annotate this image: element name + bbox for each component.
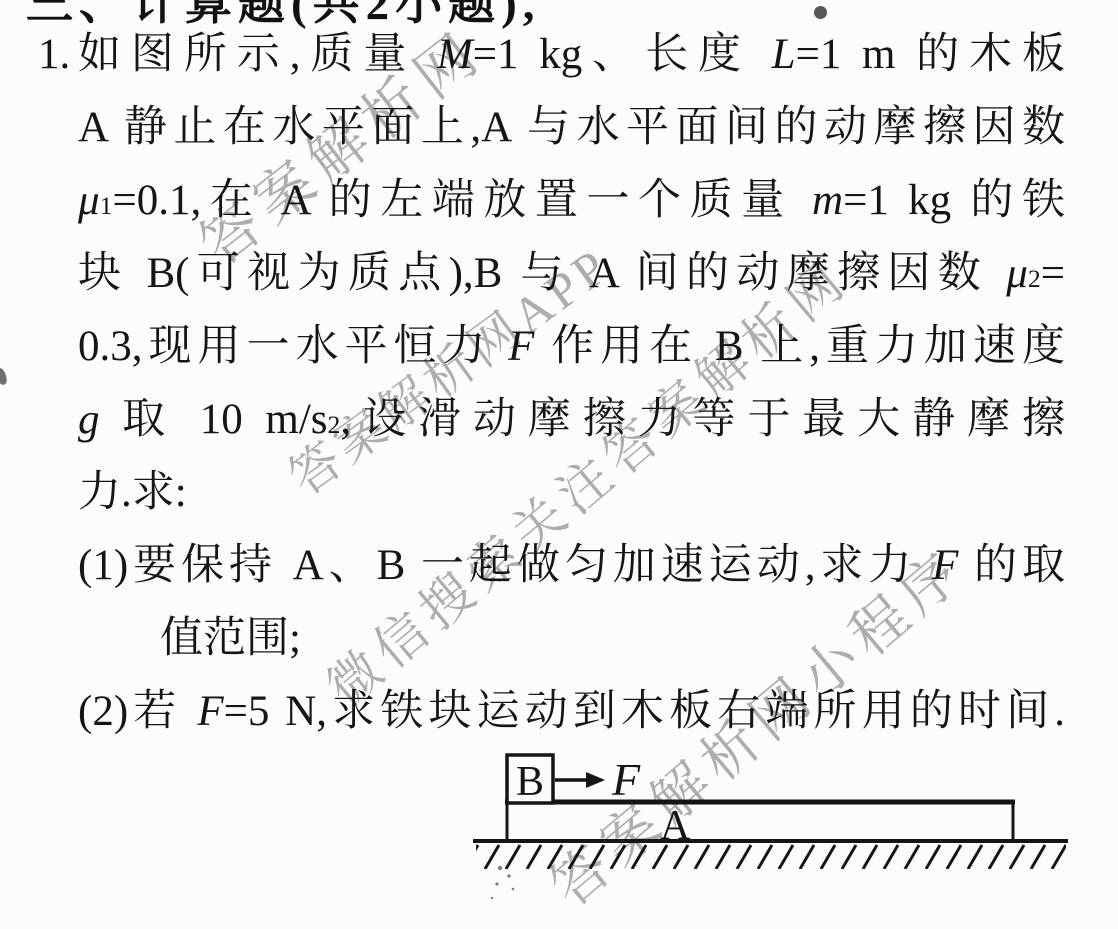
scan-speck-artifact bbox=[0, 367, 8, 386]
scan-dot-artifact bbox=[814, 6, 827, 19]
text-line: μ1=0.1,在 A 的左端放置一个质量 m=1 kg 的铁 bbox=[78, 164, 1065, 237]
text-line-subquestion-2: (2)若 F=5 N,求铁块运动到木板右端所用的时间. bbox=[78, 675, 1065, 748]
block-b-label: B bbox=[516, 759, 544, 805]
text-line: 力.求: bbox=[78, 456, 1065, 529]
block-b: B bbox=[507, 755, 553, 805]
scan-speck-cluster bbox=[491, 866, 515, 899]
text-line: 块 B(可视为质点),B 与 A 间的动摩擦因数 μ2= bbox=[78, 237, 1065, 310]
text-line: g 取 10 m/s2,设滑动摩擦力等于最大静摩擦 bbox=[78, 383, 1065, 456]
text-line: 0.3,现用一水平恒力 F 作用在 B 上,重力加速度 bbox=[78, 310, 1065, 383]
force-arrow: F bbox=[555, 754, 641, 805]
text-line: 值范围; bbox=[78, 602, 1065, 675]
text-line-subquestion-1: (1)要保持 A、B 一起做匀加速运动,求力 F 的取 bbox=[78, 529, 1065, 602]
force-label: F bbox=[611, 754, 641, 805]
physics-diagram: A B F bbox=[440, 740, 1090, 905]
text-line: A 静止在水平面上,A 与水平面间的动摩擦因数 bbox=[78, 91, 1065, 164]
problem-text: 如图所示,质量 M=1 kg、长度 L=1 m 的木板 A 静止在水平面上,A … bbox=[78, 18, 1065, 748]
problem-number: 1. bbox=[38, 18, 70, 91]
text-line: 如图所示,质量 M=1 kg、长度 L=1 m 的木板 bbox=[78, 18, 1065, 91]
scanned-document-page: 答案解析网 答案解析网APP 微信搜索关注答案解析网 答案解析网小程序 三、计算… bbox=[0, 0, 1118, 929]
ground-hatching bbox=[473, 841, 1068, 869]
